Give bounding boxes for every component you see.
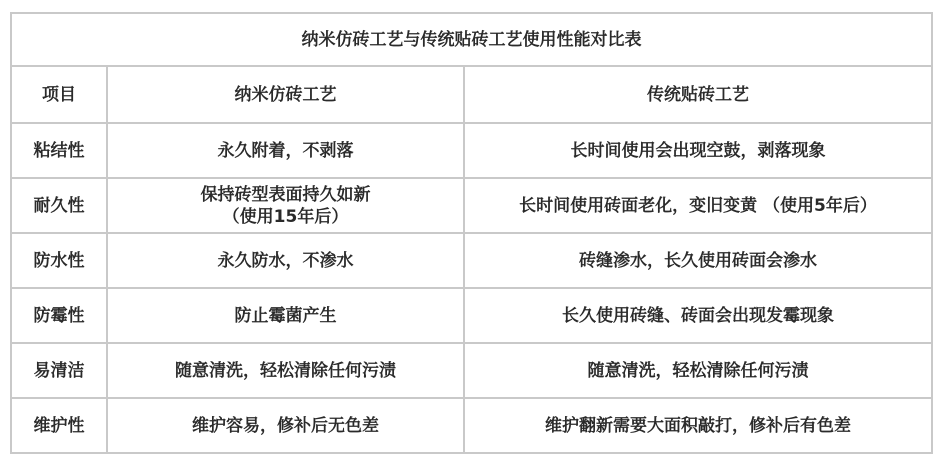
header-traditional: 传统贴砖工艺 bbox=[464, 66, 932, 123]
row-traditional: 砖缝渗水，长久使用砖面会渗水 bbox=[464, 233, 932, 288]
row-traditional: 长时间使用砖面老化，变旧变黄 （使用5年后） bbox=[464, 178, 932, 233]
table-row: 防霉性 防止霉菌产生 长久使用砖缝、砖面会出现发霉现象 bbox=[11, 288, 932, 343]
table-title: 纳米仿砖工艺与传统贴砖工艺使用性能对比表 bbox=[11, 13, 932, 66]
row-nano-note: （使用15年后） bbox=[108, 206, 463, 228]
row-nano: 随意清洗，轻松清除任何污渍 bbox=[107, 343, 464, 398]
row-traditional: 随意清洗，轻松清除任何污渍 bbox=[464, 343, 932, 398]
row-nano: 防止霉菌产生 bbox=[107, 288, 464, 343]
row-nano-main: 保持砖型表面持久如新 bbox=[108, 184, 463, 206]
row-item: 耐久性 bbox=[11, 178, 107, 233]
header-item: 项目 bbox=[11, 66, 107, 123]
table-row: 防水性 永久防水，不渗水 砖缝渗水，长久使用砖面会渗水 bbox=[11, 233, 932, 288]
row-traditional: 维护翻新需要大面积敲打，修补后有色差 bbox=[464, 398, 932, 453]
row-traditional: 长时间使用会出现空鼓，剥落现象 bbox=[464, 123, 932, 178]
table-title-row: 纳米仿砖工艺与传统贴砖工艺使用性能对比表 bbox=[11, 13, 932, 66]
comparison-table: 纳米仿砖工艺与传统贴砖工艺使用性能对比表 项目 纳米仿砖工艺 传统贴砖工艺 粘结… bbox=[10, 12, 933, 454]
table-row: 易清洁 随意清洗，轻松清除任何污渍 随意清洗，轻松清除任何污渍 bbox=[11, 343, 932, 398]
row-item: 易清洁 bbox=[11, 343, 107, 398]
row-item: 防霉性 bbox=[11, 288, 107, 343]
row-item: 粘结性 bbox=[11, 123, 107, 178]
row-item: 维护性 bbox=[11, 398, 107, 453]
table-header-row: 项目 纳米仿砖工艺 传统贴砖工艺 bbox=[11, 66, 932, 123]
row-item: 防水性 bbox=[11, 233, 107, 288]
row-nano: 维护容易，修补后无色差 bbox=[107, 398, 464, 453]
row-nano: 保持砖型表面持久如新 （使用15年后） bbox=[107, 178, 464, 233]
row-nano: 永久防水，不渗水 bbox=[107, 233, 464, 288]
table-row: 耐久性 保持砖型表面持久如新 （使用15年后） 长时间使用砖面老化，变旧变黄 （… bbox=[11, 178, 932, 233]
table-row: 粘结性 永久附着，不剥落 长时间使用会出现空鼓，剥落现象 bbox=[11, 123, 932, 178]
row-nano: 永久附着，不剥落 bbox=[107, 123, 464, 178]
table-row: 维护性 维护容易，修补后无色差 维护翻新需要大面积敲打，修补后有色差 bbox=[11, 398, 932, 453]
row-traditional: 长久使用砖缝、砖面会出现发霉现象 bbox=[464, 288, 932, 343]
header-nano: 纳米仿砖工艺 bbox=[107, 66, 464, 123]
